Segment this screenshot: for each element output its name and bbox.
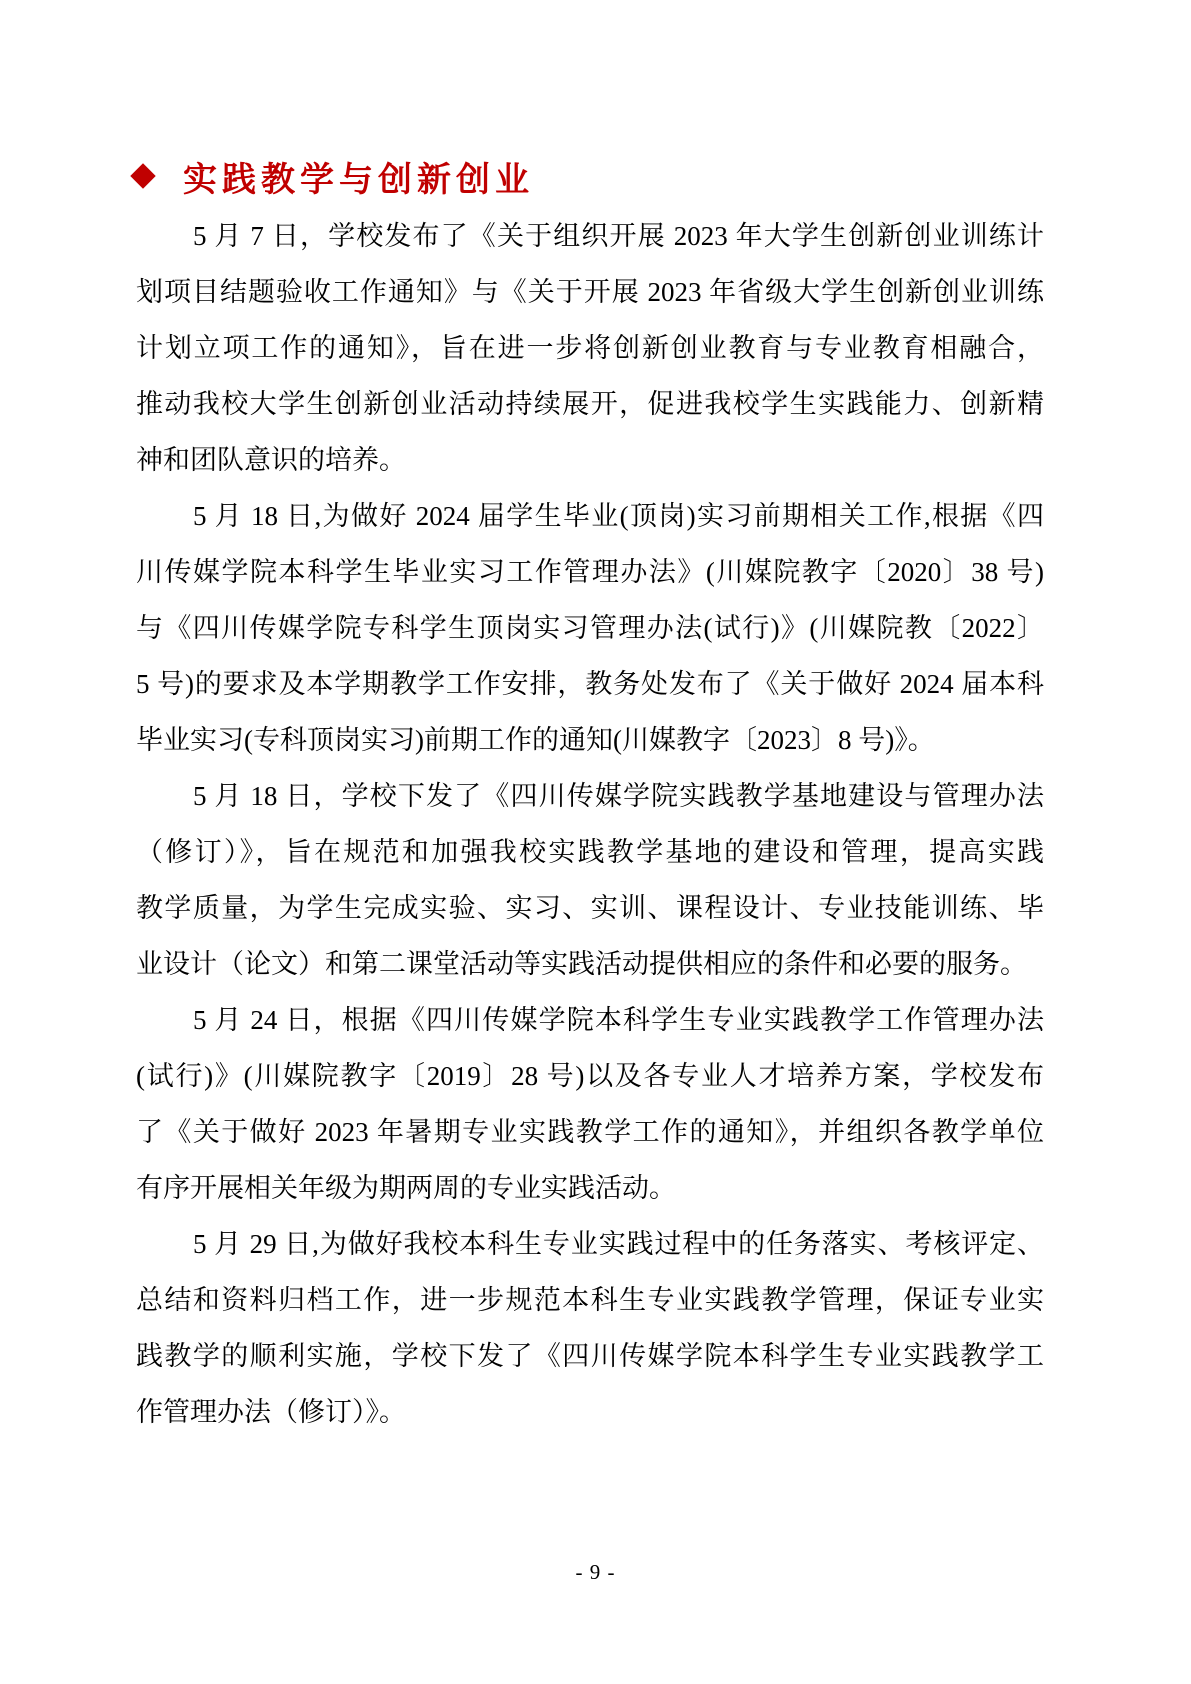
paragraph: 5 月 7 日，学校发布了《关于组织开展 2023 年大学生创新创业训练计划项目… — [136, 208, 1044, 488]
text-line: 5 月 18 日，学校下发了《四川传媒学院实践教学基地建设与管理办法 — [136, 768, 1044, 824]
text-line: 神和团队意识的培养。 — [136, 432, 1044, 488]
text-line: 计划立项工作的通知》，旨在进一步将创新创业教育与专业教育相融合， — [136, 320, 1044, 376]
text-line: (试行)》(川媒院教字〔2019〕28 号)以及各专业人才培养方案，学校发布 — [136, 1048, 1044, 1104]
diamond-bullet-icon — [130, 163, 155, 188]
paragraph: 5 月 18 日，学校下发了《四川传媒学院实践教学基地建设与管理办法（修订）》，… — [136, 768, 1044, 992]
text-line: 5 月 7 日，学校发布了《关于组织开展 2023 年大学生创新创业训练计 — [136, 208, 1044, 264]
text-line: 5 月 24 日，根据《四川传媒学院本科学生专业实践教学工作管理办法 — [136, 992, 1044, 1048]
document-body: 5 月 7 日，学校发布了《关于组织开展 2023 年大学生创新创业训练计划项目… — [136, 208, 1044, 1440]
text-line: 5 月 29 日,为做好我校本科生专业实践过程中的任务落实、考核评定、 — [136, 1216, 1044, 1272]
text-line: 推动我校大学生创新创业活动持续展开，促进我校学生实践能力、创新精 — [136, 376, 1044, 432]
text-line: 作管理办法（修订）》。 — [136, 1384, 1044, 1440]
page-number: - 9 - — [0, 1560, 1191, 1585]
text-line: 教学质量，为学生完成实验、实习、实训、课程设计、专业技能训练、毕 — [136, 880, 1044, 936]
text-line: 划项目结题验收工作通知》与《关于开展 2023 年省级大学生创新创业训练 — [136, 264, 1044, 320]
text-line: 川传媒学院本科学生毕业实习工作管理办法》(川媒院教字〔2020〕38 号) — [136, 544, 1044, 600]
text-line: 总结和资料归档工作，进一步规范本科生专业实践教学管理，保证专业实 — [136, 1272, 1044, 1328]
text-line: 践教学的顺利实施，学校下发了《四川传媒学院本科学生专业实践教学工 — [136, 1328, 1044, 1384]
text-line: 了《关于做好 2023 年暑期专业实践教学工作的通知》，并组织各教学单位 — [136, 1104, 1044, 1160]
paragraph: 5 月 24 日，根据《四川传媒学院本科学生专业实践教学工作管理办法(试行)》(… — [136, 992, 1044, 1216]
paragraph: 5 月 18 日,为做好 2024 届学生毕业(顶岗)实习前期相关工作,根据《四… — [136, 488, 1044, 768]
text-line: 业设计（论文）和第二课堂活动等实践活动提供相应的条件和必要的服务。 — [136, 936, 1044, 992]
paragraph: 5 月 29 日,为做好我校本科生专业实践过程中的任务落实、考核评定、总结和资料… — [136, 1216, 1044, 1440]
text-line: 有序开展相关年级为期两周的专业实践活动。 — [136, 1160, 1044, 1216]
text-line: 与《四川传媒学院专科学生顶岗实习管理办法(试行)》(川媒院教〔2022〕 — [136, 600, 1044, 656]
text-line: 5 号)的要求及本学期教学工作安排，教务处发布了《关于做好 2024 届本科 — [136, 656, 1044, 712]
document-page: 实践教学与创新创业 5 月 7 日，学校发布了《关于组织开展 2023 年大学生… — [0, 0, 1191, 1684]
text-line: 5 月 18 日,为做好 2024 届学生毕业(顶岗)实习前期相关工作,根据《四 — [136, 488, 1044, 544]
section-heading: 实践教学与创新创业 — [130, 150, 534, 202]
text-line: 毕业实习(专科顶岗实习)前期工作的通知(川媒教字〔2023〕8 号)》。 — [136, 712, 1044, 768]
text-line: （修订）》，旨在规范和加强我校实践教学基地的建设和管理，提高实践 — [136, 824, 1044, 880]
section-title: 实践教学与创新创业 — [183, 152, 534, 201]
